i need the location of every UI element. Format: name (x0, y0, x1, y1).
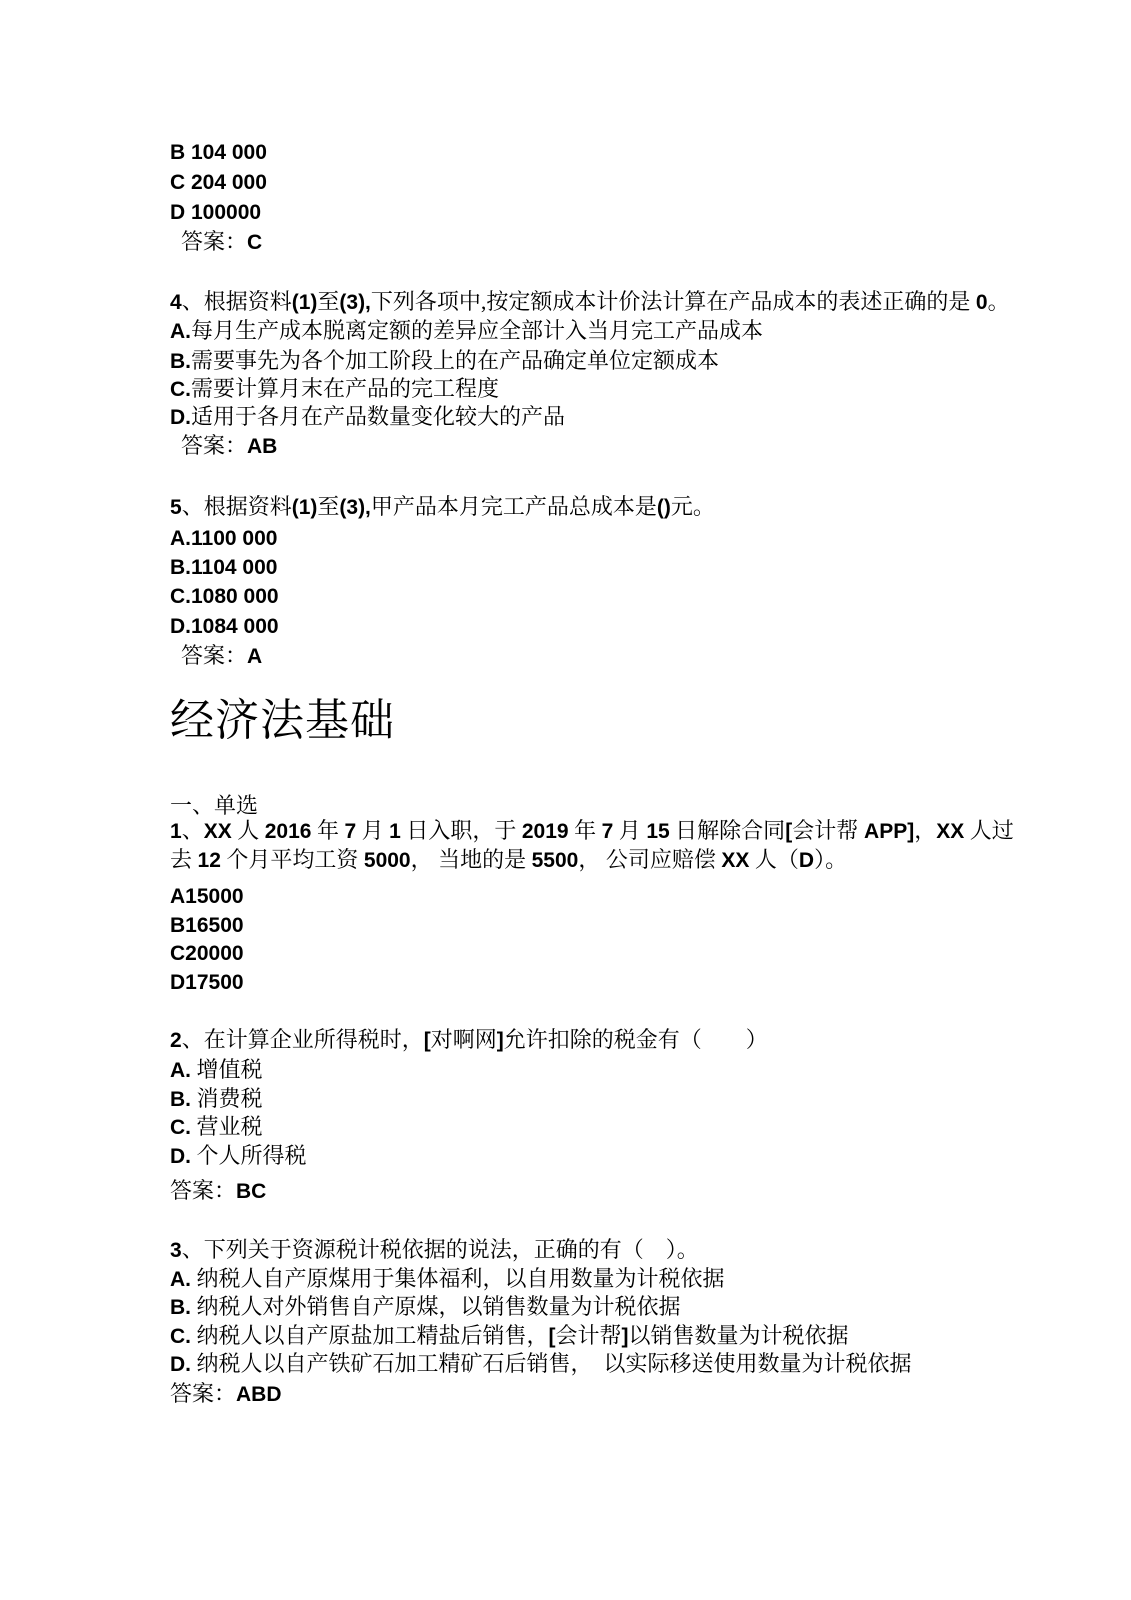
emphasis-text: A (247, 645, 262, 668)
emphasis-text: 5 (170, 496, 182, 519)
emphasis-text: B. (170, 1296, 191, 1319)
emphasis-text: D (799, 849, 814, 872)
question-3-option-a: A. 纳税人自产原煤用于集体福利，以自用数量为计税依据 (170, 1268, 725, 1290)
body-text: ）。 (814, 847, 847, 872)
emphasis-text: 3 (170, 1239, 182, 1262)
body-text: 日入职，于 (401, 818, 522, 843)
emphasis-text: C. (170, 378, 191, 401)
emphasis-text: C.1080 000 (170, 585, 279, 608)
emphasis-text: 0 (976, 291, 988, 314)
emphasis-text: 5500 (532, 849, 579, 872)
question-1-option-b: B16500 (170, 914, 244, 936)
body-text: 纳税人以自产原盐加工精盐后销售， (191, 1323, 549, 1348)
body-text: 人 (232, 818, 265, 843)
question-5-option-b: B.1104 000 (170, 556, 277, 578)
prev-question-option-b: B 104 000 (170, 141, 267, 163)
page-title: 经济法基础 (170, 699, 395, 743)
emphasis-text: ] (497, 1029, 504, 1052)
body-text: 人过 (964, 818, 1014, 843)
body-text: 至 (317, 494, 339, 519)
emphasis-text: [ (549, 1325, 556, 1348)
emphasis-text: 15 (646, 820, 669, 843)
emphasis-text: D17500 (170, 971, 244, 994)
body-text: 增值税 (191, 1057, 263, 1082)
emphasis-text: 2019 (522, 820, 569, 843)
emphasis-text: XX (204, 820, 232, 843)
body-text: 纳税人以自产铁矿石加工精矿石后销售， 以实际移送使用数量为计税依据 (191, 1351, 912, 1376)
emphasis-text: AB (247, 435, 277, 458)
question-1-option-c: C20000 (170, 942, 244, 964)
emphasis-text: D. (170, 1353, 191, 1376)
emphasis-text: 12 (198, 849, 221, 872)
body-text: 个人所得税 (191, 1143, 307, 1168)
emphasis-text: D. (170, 1145, 191, 1168)
question-4-option-a: A.每月生产成本脱离定额的差异应全部计入当月完工产品成本 (170, 320, 763, 342)
question-4-stem: 4、根据资料(1)至(3),下列各项中,按定额成本计价法计算在产品成本的表述正确… (170, 291, 1010, 313)
question-4-option-b: B.需要事先为各个加工阶段上的在产品确定单位定额成本 (170, 350, 719, 372)
emphasis-text: B. (170, 350, 191, 373)
question-4-option-c: C.需要计算月末在产品的完工程度 (170, 378, 499, 400)
body-text: 。 (988, 289, 1010, 314)
body-text: 月 (613, 818, 646, 843)
body-text: 答案： (181, 643, 247, 668)
body-text: 消费税 (191, 1086, 263, 1111)
emphasis-text: C (247, 231, 262, 254)
emphasis-text: () (657, 496, 671, 519)
body-text: 以销售数量为计税依据 (629, 1323, 849, 1348)
body-text: 年 (569, 818, 602, 843)
body-text: 会计帮 (556, 1323, 622, 1348)
emphasis-text: 5000 (364, 849, 411, 872)
body-text: 、 (182, 818, 204, 843)
question-4-option-d: D.适用于各月在产品数量变化较大的产品 (170, 406, 565, 428)
emphasis-text: 7 (344, 820, 356, 843)
emphasis-text: XX (721, 849, 749, 872)
emphasis-text: C. (170, 1116, 191, 1139)
emphasis-text: (1) (292, 291, 318, 314)
emphasis-text: A. (170, 1268, 191, 1291)
body-text: 营业税 (191, 1114, 263, 1139)
question-3-stem: 3、下列关于资源税计税依据的说法，正确的有（ ）。 (170, 1239, 699, 1261)
body-text: 元。 (671, 494, 715, 519)
emphasis-text: A15000 (170, 885, 244, 908)
body-text: 、在计算企业所得税时， (182, 1027, 424, 1052)
emphasis-text: D. (170, 406, 191, 429)
emphasis-text: 2 (170, 1029, 182, 1052)
body-text: 需要事先为各个加工阶段上的在产品确定单位定额成本 (191, 348, 719, 373)
question-2-option-d: D. 个人所得税 (170, 1145, 307, 1167)
emphasis-text: ABD (236, 1383, 282, 1406)
emphasis-text: (3), (339, 291, 371, 314)
question-5-answer: 答案：A (181, 645, 262, 667)
question-1-option-d: D17500 (170, 971, 244, 993)
emphasis-text: D 100000 (170, 201, 261, 224)
emphasis-text: XX (936, 820, 964, 843)
question-5-stem: 5、根据资料(1)至(3),甲产品本月完工产品总成本是()元。 (170, 496, 715, 518)
question-2-option-b: B. 消费税 (170, 1088, 263, 1110)
body-text: 适用于各月在产品数量变化较大的产品 (191, 404, 565, 429)
emphasis-text: 4 (170, 291, 182, 314)
body-text: 答案： (181, 229, 247, 254)
question-4-answer: 答案：AB (181, 435, 277, 457)
body-text: 一、单选 (170, 793, 258, 818)
body-text: 去 (170, 847, 198, 872)
body-text: 日解除合同 (670, 818, 786, 843)
document-page: B 104 000C 204 000D 100000答案：C4、根据资料(1)至… (0, 0, 1131, 1600)
body-text: 每月生产成本脱离定额的差异应全部计入当月完工产品成本 (191, 318, 763, 343)
question-1-stem-line-2: 去 12 个月平均工资 5000， 当地的是 5500， 公司应赔偿 XX 人（… (170, 849, 847, 871)
body-text: 、下列关于资源税计税依据的说法，正确的有（ ）。 (182, 1237, 699, 1262)
body-text: 个月平均工资 (221, 847, 364, 872)
emphasis-text: (3), (339, 496, 371, 519)
question-2-answer: 答案：BC (170, 1180, 266, 1202)
body-text: 至 (317, 289, 339, 314)
question-3-option-b: B. 纳税人对外销售自产原煤，以销售数量为计税依据 (170, 1296, 681, 1318)
body-text: 人（ (749, 847, 799, 872)
prev-question-answer: 答案：C (181, 231, 262, 253)
body-text: 经济法基础 (170, 696, 395, 745)
prev-question-option-c: C 204 000 (170, 171, 267, 193)
emphasis-text: A.1100 000 (170, 527, 277, 550)
body-text: 年 (311, 818, 344, 843)
question-1-option-a: A15000 (170, 885, 244, 907)
question-5-option-d: D.1084 000 (170, 615, 279, 637)
question-5-option-c: C.1080 000 (170, 585, 279, 607)
body-text: 答案： (170, 1178, 236, 1203)
body-text: 下列各项中,按定额成本计价法计算在产品成本的表述正确的是 (371, 289, 976, 314)
emphasis-text: A. (170, 320, 191, 343)
emphasis-text: B16500 (170, 914, 244, 937)
emphasis-text: (1) (292, 496, 318, 519)
emphasis-text: 1 (170, 820, 182, 843)
emphasis-text: 7 (602, 820, 614, 843)
emphasis-text: C. (170, 1325, 191, 1348)
emphasis-text: [ (424, 1029, 431, 1052)
prev-question-option-d: D 100000 (170, 201, 261, 223)
emphasis-text: A. (170, 1059, 191, 1082)
emphasis-text: 2016 (265, 820, 312, 843)
body-text: 月 (356, 818, 389, 843)
body-text: 纳税人对外销售自产原煤，以销售数量为计税依据 (191, 1294, 681, 1319)
body-text: 对啊网 (431, 1027, 497, 1052)
question-2-stem: 2、在计算企业所得税时，[对啊网]允许扣除的税金有（ ） (170, 1029, 768, 1051)
emphasis-text: BC (236, 1180, 266, 1203)
question-2-option-a: A. 增值税 (170, 1059, 263, 1081)
body-text: 答案： (181, 433, 247, 458)
body-text: 甲产品本月完工产品总成本是 (371, 494, 657, 519)
body-text: 、根据资料 (182, 494, 292, 519)
emphasis-text: 1 (389, 820, 401, 843)
question-3-option-c: C. 纳税人以自产原盐加工精盐后销售，[会计帮]以销售数量为计税依据 (170, 1325, 849, 1347)
emphasis-text: ] (622, 1325, 629, 1348)
body-text: ， 公司应赔偿 (578, 847, 721, 872)
body-text: 答案： (170, 1381, 236, 1406)
body-text: ， 当地的是 (411, 847, 532, 872)
question-2-option-c: C. 营业税 (170, 1116, 263, 1138)
emphasis-text: C 204 000 (170, 171, 267, 194)
question-3-option-d: D. 纳税人以自产铁矿石加工精矿石后销售， 以实际移送使用数量为计税依据 (170, 1353, 912, 1375)
emphasis-text: C20000 (170, 942, 244, 965)
body-text: 会计帮 (792, 818, 858, 843)
question-3-answer: 答案：ABD (170, 1383, 282, 1405)
emphasis-text: B.1104 000 (170, 556, 277, 579)
emphasis-text: B 104 000 (170, 141, 267, 164)
question-5-option-a: A.1100 000 (170, 527, 277, 549)
body-text: ， (914, 818, 936, 843)
emphasis-text: D.1084 000 (170, 615, 279, 638)
question-1-stem-line-1: 1、XX 人 2016 年 7 月 1 日入职，于 2019 年 7 月 15 … (170, 820, 1014, 842)
body-text: 、根据资料 (182, 289, 292, 314)
body-text: 需要计算月末在产品的完工程度 (191, 376, 499, 401)
body-text: 纳税人自产原煤用于集体福利，以自用数量为计税依据 (191, 1266, 725, 1291)
section-heading-single-choice: 一、单选 (170, 795, 258, 817)
body-text: 允许扣除的税金有（ ） (504, 1027, 768, 1052)
emphasis-text: B. (170, 1088, 191, 1111)
emphasis-text: APP] (858, 820, 914, 843)
